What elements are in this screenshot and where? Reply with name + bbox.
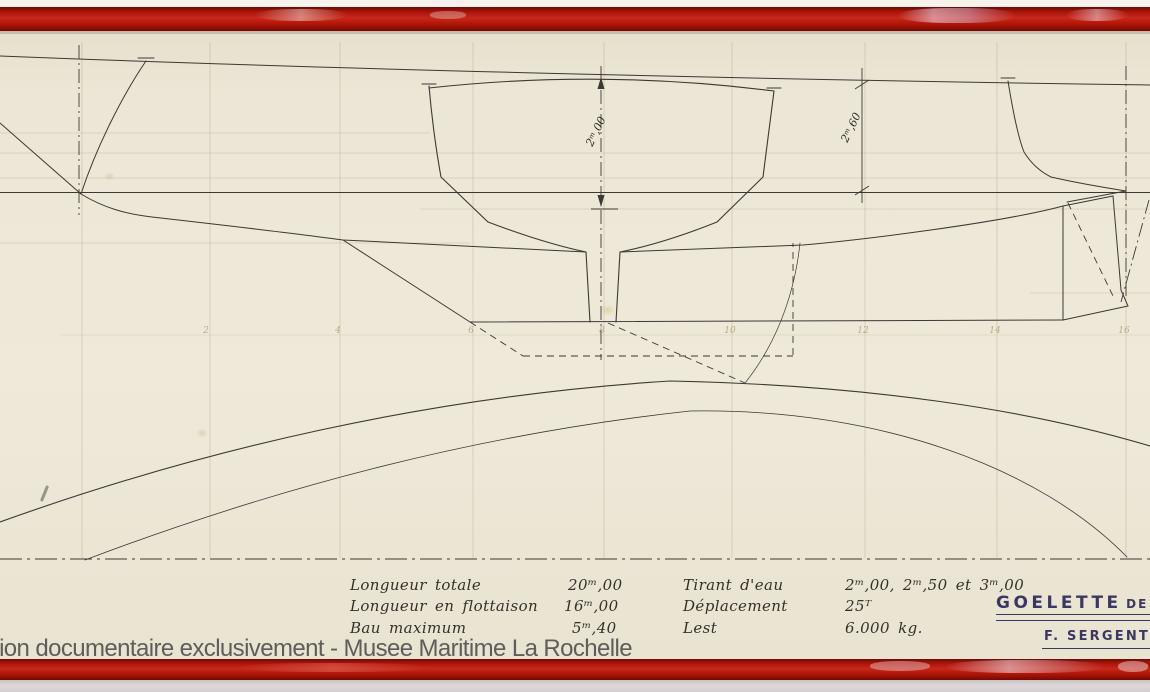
profile-view: [0, 56, 1150, 383]
tape-glint: [945, 660, 1105, 673]
spec-row: Lest 6.000 kg.: [683, 619, 717, 639]
station-label: 6: [463, 326, 479, 336]
spec-value: 2ᵐ,00, 2ᵐ,50 et 3ᵐ,00: [845, 576, 1024, 594]
spec-label: Longueur en flottaison: [350, 597, 538, 615]
spec-value: 25ᵀ: [845, 597, 872, 615]
tape-glint: [898, 8, 1016, 23]
station-label: 14: [987, 326, 1003, 336]
spec-label: Longueur totale: [350, 576, 481, 594]
station-label: 2: [198, 326, 214, 336]
waterline-curve: [85, 411, 1127, 560]
alternate-keel-dashed: [470, 203, 1113, 383]
sheer-line: [0, 56, 1150, 85]
station-label: 10: [722, 326, 738, 336]
spec-label: Tirant d'eau: [683, 576, 783, 594]
spec-value: 20ᵐ,00: [568, 576, 623, 594]
tape-glint: [430, 11, 466, 19]
rabbet-line-aft: [620, 206, 1063, 252]
construction-grid: [0, 42, 1150, 558]
station-label: 8: [594, 326, 610, 336]
scan-edge-bottom: [0, 680, 1150, 692]
stern-profile-curve: [1008, 81, 1126, 191]
keel-bottom-line: [470, 320, 1063, 322]
scan-edge-top: [0, 0, 1150, 7]
red-tape-bottom: [0, 659, 1150, 680]
spec-row: Tirant d'eau 2ᵐ,00, 2ᵐ,50 et 3ᵐ,00: [683, 576, 783, 596]
station-label: 16: [1116, 326, 1132, 336]
sternpost-axis: [1121, 200, 1149, 302]
spec-row: Longueur totale 20ᵐ,00: [350, 576, 481, 596]
author-underline: [1042, 648, 1150, 649]
skeg-outline: [1063, 196, 1128, 320]
deck-outline-curve: [0, 381, 1150, 522]
section-stbd-side: [620, 91, 774, 252]
tape-glint: [238, 663, 428, 672]
plan-title-suffix: DE: [1126, 597, 1148, 611]
half-breadth-plan: [0, 381, 1150, 560]
keel-fin: [616, 252, 620, 322]
plan-author: F. SERGENT 1: [1044, 629, 1150, 644]
plan-title-main: GOELETTE: [996, 593, 1122, 613]
title-underline: [996, 614, 1150, 621]
plan-title: GOELETTE DE: [996, 593, 1150, 613]
spec-label: Déplacement: [683, 597, 788, 615]
tape-glint: [870, 661, 930, 671]
keel-leading-edge: [343, 240, 470, 322]
spec-value: 6.000 kg.: [845, 619, 923, 637]
tape-shadow: [0, 31, 1150, 34]
spec-row: Déplacement 25ᵀ: [683, 597, 788, 617]
red-tape-top: [0, 7, 1150, 31]
tape-glint: [1118, 661, 1148, 672]
stem-curve: [81, 61, 146, 194]
deep-draft-curve: [745, 243, 800, 383]
scanned-boat-plan: 2ᵐ,00 2ᵐ,60 2 4 6 8 10 12 14 16 Longueur…: [0, 0, 1150, 692]
dimension-aft: [855, 68, 869, 203]
spec-label: Lest: [683, 619, 717, 637]
port-sheer-line: [0, 123, 81, 194]
spec-value: 16ᵐ,00: [564, 597, 619, 615]
spec-row: Longueur en flottaison 16ᵐ,00: [350, 597, 538, 617]
section-port-side: [429, 86, 586, 252]
tape-glint: [1066, 9, 1128, 21]
spec-table-right: Tirant d'eau 2ᵐ,00, 2ᵐ,50 et 3ᵐ,00 Dépla…: [683, 576, 983, 646]
station-label: 12: [855, 326, 871, 336]
station-label: 4: [330, 326, 346, 336]
centerlines: [0, 45, 1150, 559]
tape-glint: [255, 9, 347, 21]
